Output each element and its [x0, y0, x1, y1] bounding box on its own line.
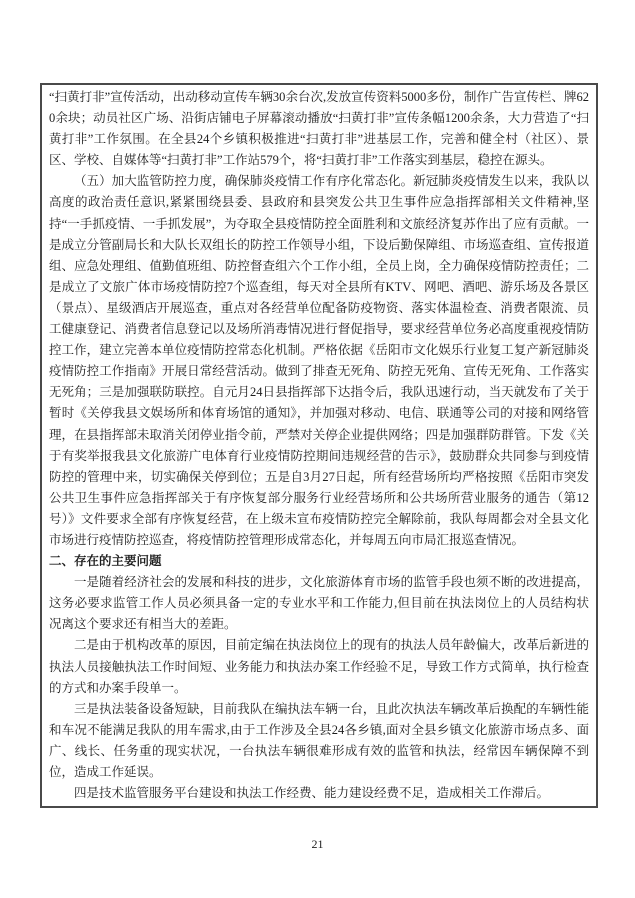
report-table-cell: “扫黄打非”宣传活动，出动移动宣传车辆30余台次,发放宣传资料5000多份，制作… [40, 83, 598, 808]
document-body: “扫黄打非”宣传活动，出动移动宣传车辆30余台次,发放宣传资料5000多份，制作… [49, 87, 589, 804]
paragraph: “扫黄打非”宣传活动，出动移动宣传车辆30余台次,发放宣传资料5000多份，制作… [49, 87, 589, 171]
paragraph: 四是技术监管服务平台建设和执法工作经费、能力建设经费不足，造成相关工作滞后。 [49, 783, 589, 804]
paragraph: 三是执法装备设备短缺，目前我队在编执法车辆一台，且此次执法车辆改革后换配的车辆性… [49, 699, 589, 783]
paragraph: 二是由于机构改革的原因，目前定编在执法岗位上的现有的执法人员年龄偏大，改革后新进… [49, 635, 589, 698]
paragraph: 一是随着经济社会的发展和科技的进步，文化旅游体育市场的监管手段也须不断的改进提高… [49, 572, 589, 635]
section-heading: 二、存在的主要问题 [49, 551, 589, 572]
paragraph: （五）加大监管防控力度，确保肺炎疫情工作有序化常态化。新冠肺炎疫情发生以来，我队… [49, 171, 589, 551]
page-number: 21 [0, 837, 635, 852]
document-page: “扫黄打非”宣传活动，出动移动宣传车辆30余台次,发放宣传资料5000多份，制作… [0, 0, 635, 898]
